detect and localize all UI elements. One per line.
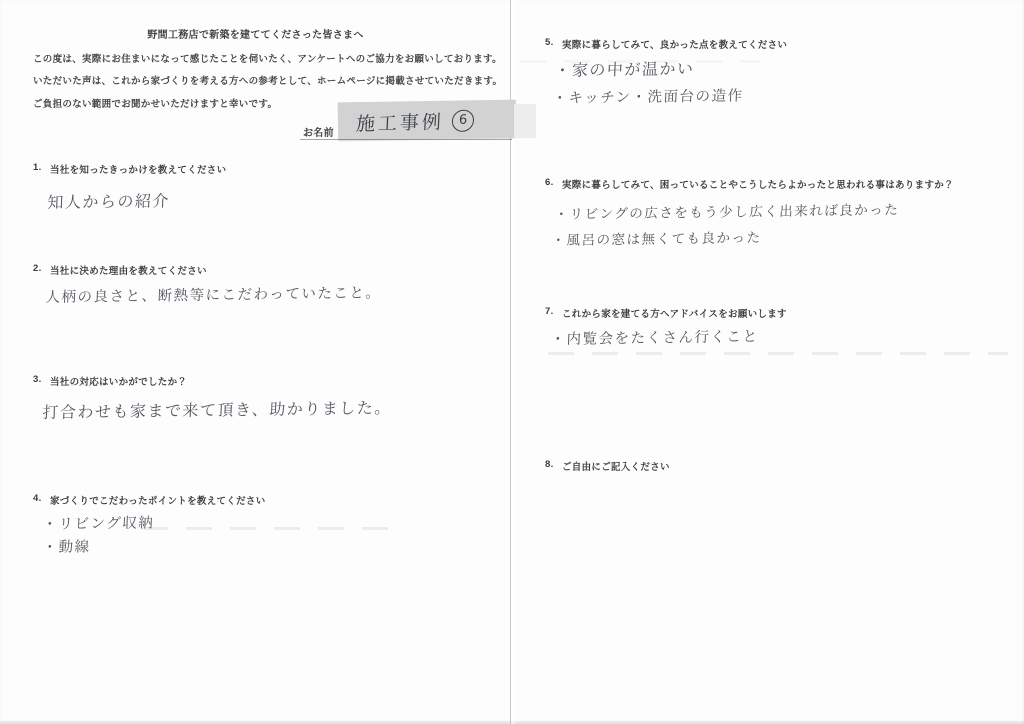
question-number: 7. [545,306,555,320]
question-number: 8. [545,459,555,473]
handwritten-answer: ・風呂の窓は無くても良かった [551,226,762,249]
question-3: 3. 当社の対応はいかがでしたか？ [33,374,187,388]
name-handwritten-value: 施工事例 6 [355,106,474,136]
name-tape-shadow [514,104,536,138]
question-8: 8. ご自由にご記入ください [545,459,670,473]
handwritten-answer: ・動線 [42,535,91,557]
scanner-streak [548,352,1008,355]
question-number: 1. [33,162,43,176]
question-7: 7. これから家を建てる方へアドバイスをお願いします [545,306,787,320]
intro-line-2: いただいた声は、これから家づくりを考える方への参考として、ホームページに掲載させ… [33,73,502,87]
question-number: 3. [33,374,43,388]
handwritten-answer: ・リビングの広さをもう少し広く出来れば良かった [554,198,899,223]
handwritten-answer: 打合わせも家まで来て頂き、助かりました。 [42,395,392,423]
handwritten-answer: 知人からの紹介 [47,188,170,213]
handwritten-answer: ・キッチン・洗面台の造作 [552,84,744,108]
name-label: お名前 [303,124,334,139]
question-text: 当社を知ったきっかけを教えてください [50,162,226,176]
question-number: 4. [33,493,43,507]
question-number: 5. [545,37,555,51]
name-value-text: 施工事例 [355,107,444,136]
scanned-survey-page: 野間工務店で新築を建ててくださった皆さまへ この度は、実際にお住まいになって感じ… [0,0,1024,724]
name-field-underline [300,139,512,140]
question-text: 実際に暮らしてみて、良かった点を教えてください [562,37,787,51]
question-text: 家づくりでこだわったポイントを教えてください [50,493,266,507]
handwritten-answer: ・内覧会をたくさん行くこと [550,325,759,349]
question-4: 4. 家づくりでこだわったポイントを教えてください [33,493,266,507]
intro-line-3: ご負担のない範囲でお聞かせいただけますと幸いです。 [33,96,277,110]
question-text: ご自由にご記入ください [562,459,670,473]
question-number: 6. [545,177,555,191]
scanner-streak [142,527,397,530]
question-1: 1. 当社を知ったきっかけを教えてください [33,162,226,176]
handwritten-answer: 人柄の良さと、断熱等にこだわっていたこと。 [45,281,382,307]
handwritten-answer: ・リビング収納 [42,511,155,534]
question-6: 6. 実際に暮らしてみて、困っていることやこうしたらよかったと思われる事はありま… [545,177,954,191]
question-number: 2. [33,263,43,277]
circled-number-badge: 6 [452,109,475,132]
question-text: 当社の対応はいかがでしたか？ [50,374,187,388]
survey-title: 野間工務店で新築を建ててくださった皆さまへ [0,26,511,41]
question-text: 当社に決めた理由を教えてください [50,263,207,277]
question-text: これから家を建てる方へアドバイスをお願いします [562,306,787,320]
question-2: 2. 当社に決めた理由を教えてください [33,263,207,277]
question-text: 実際に暮らしてみて、困っていることやこうしたらよかったと思われる事はありますか？ [562,177,954,191]
intro-line-1: この度は、実際にお住まいになって感じたことを伺いたく、アンケートへのご協力をお願… [33,51,502,65]
question-5: 5. 実際に暮らしてみて、良かった点を教えてください [545,37,787,51]
handwritten-answer: ・家の中が温かい [554,56,695,81]
